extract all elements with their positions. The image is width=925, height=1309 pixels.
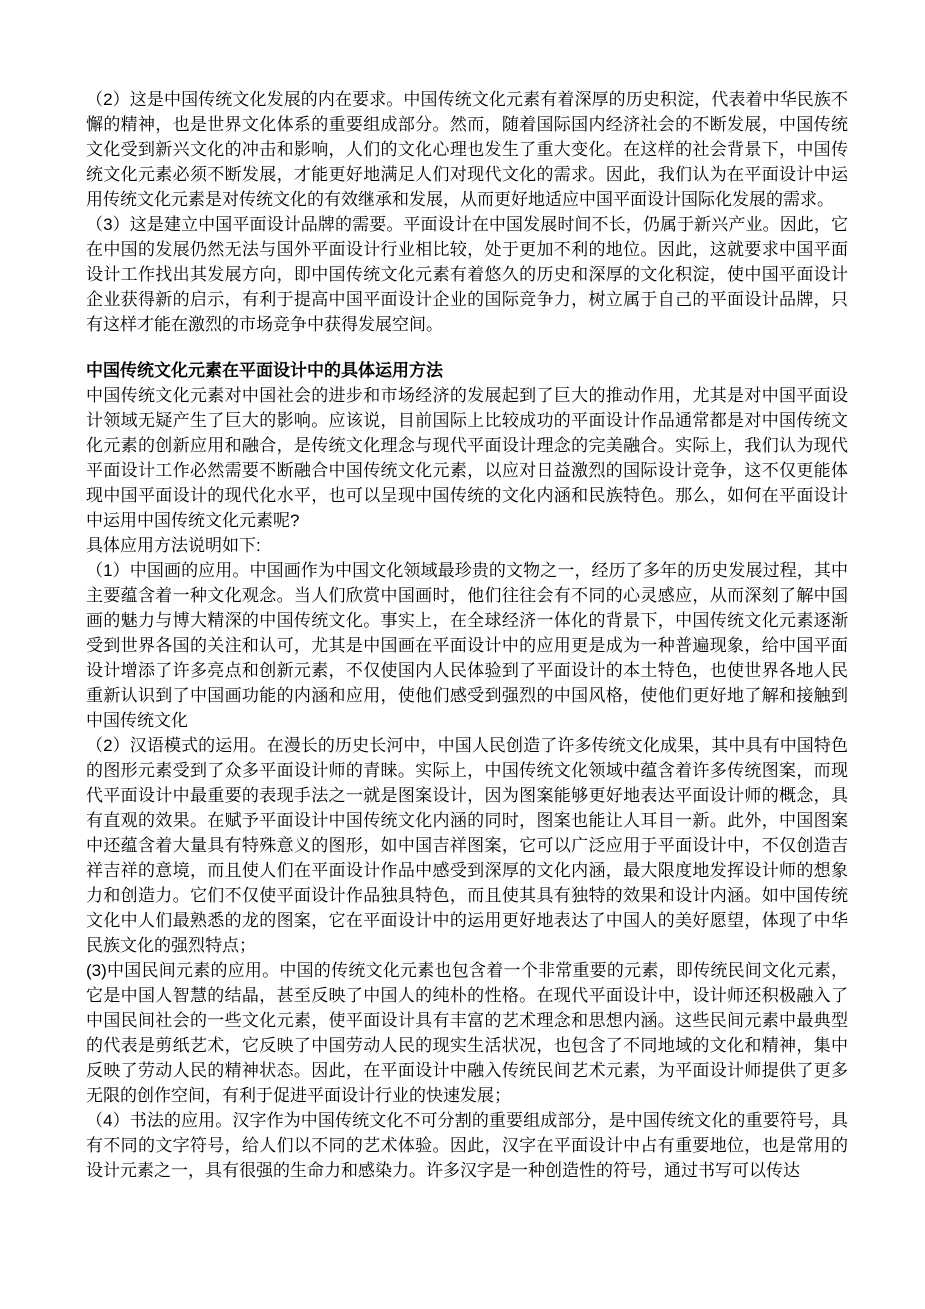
section-heading-application-methods: 中国传统文化元素在平面设计中的具体运用方法 [86,358,848,383]
paragraph-point-2-inner-requirement: （2）这是中国传统文化发展的内在要求。中国传统文化元素有着深厚的历史积淀，代表着… [86,87,848,212]
paragraph-method-2-chinese-patterns: （2）汉语模式的运用。在漫长的历史长河中，中国人民创造了许多传统文化成果，其中具… [86,733,848,958]
paragraph-methods-intro: 中国传统文化元素对中国社会的进步和市场经济的发展起到了巨大的推动作用，尤其是对中… [86,383,848,533]
paragraph-method-3-folk-elements: (3)中国民间元素的应用。中国的传统文化元素也包含着一个非常重要的元素，即传统民… [86,958,848,1108]
paragraph-methods-lead-in: 具体应用方法说明如下: [86,533,848,558]
paragraph-method-4-calligraphy: （4）书法的应用。汉字作为中国传统文化不可分割的重要组成部分，是中国传统文化的重… [86,1108,848,1183]
paragraph-point-3-brand-need: （3）这是建立中国平面设计品牌的需要。平面设计在中国发展时间不长，仍属于新兴产业… [86,212,848,337]
paragraph-method-1-chinese-painting: （1）中国画的应用。中国画作为中国文化领域最珍贵的文物之一，经历了多年的历史发展… [86,558,848,733]
document-text-column: （2）这是中国传统文化发展的内在要求。中国传统文化元素有着深厚的历史积淀，代表着… [86,87,848,1183]
document-page: （2）这是中国传统文化发展的内在要求。中国传统文化元素有着深厚的历史积淀，代表着… [0,0,925,1309]
